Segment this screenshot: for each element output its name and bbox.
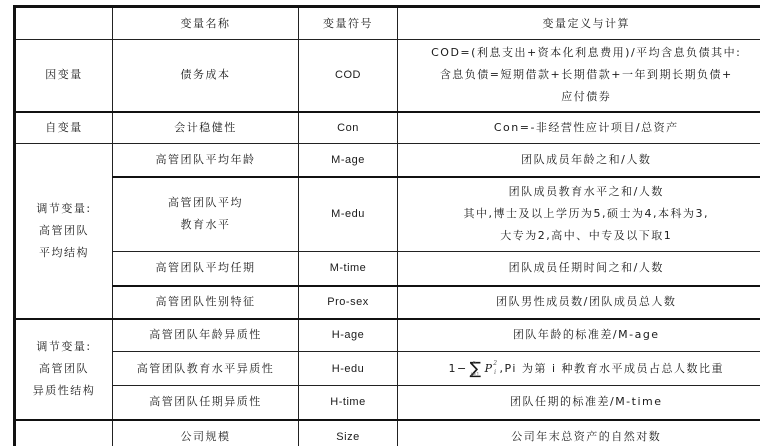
variable-symbol: Pro-sex	[299, 286, 398, 319]
variable-name: 债务成本	[113, 40, 299, 112]
table-header-row: 变量名称 变量符号 变量定义与计算	[15, 7, 760, 40]
table-row-con: 自变量 会计稳健性 Con Con=-非经营性应计项目/总资产	[15, 112, 760, 144]
header-variable-definition: 变量定义与计算	[398, 7, 760, 40]
variable-definition: 团队年龄的标准差/M-age	[398, 319, 760, 352]
category-control-variable	[15, 420, 113, 446]
category-independent-variable: 自变量	[15, 112, 113, 144]
variable-definition: 团队成员教育水平之和/人数 其中,博士及以上学历为5,硕士为4,本科为3, 大专…	[398, 177, 760, 252]
variable-name: 会计稳健性	[113, 112, 299, 144]
category-moderator-average-structure: 调节变量: 高管团队 平均结构	[15, 144, 113, 319]
variable-definition: Con=-非经营性应计项目/总资产	[398, 112, 760, 144]
definition-line: 大专为2,高中、中专及以下取1	[402, 225, 760, 247]
table-row-h-time: 高管团队任期异质性 H-time 团队任期的标准差/M-time	[15, 386, 760, 420]
variable-definition: 团队任期的标准差/M-time	[398, 386, 760, 420]
table-row-h-age: 调节变量: 高管团队 异质性结构 高管团队年龄异质性 H-age 团队年龄的标准…	[15, 319, 760, 352]
variable-definition: 团队男性成员数/团队成员总人数	[398, 286, 760, 319]
variable-symbol: M-edu	[299, 177, 398, 252]
summation-symbol: ∑ n i=1	[470, 362, 483, 376]
variable-definition-formula: 1− ∑ n i=1 P 2 i ,Pi 为第 i 种教育水平成员占总人数比重	[398, 352, 760, 386]
category-dependent-variable: 因变量	[15, 40, 113, 112]
variable-name: 高管团队任期异质性	[113, 386, 299, 420]
table-row-m-age: 调节变量: 高管团队 平均结构 高管团队平均年龄 M-age 团队成员年龄之和/…	[15, 144, 760, 177]
table-row-m-edu: 高管团队平均 教育水平 M-edu 团队成员教育水平之和/人数 其中,博士及以上…	[15, 177, 760, 252]
table-row-m-time: 高管团队平均任期 M-time 团队成员任期时间之和/人数	[15, 252, 760, 286]
category-line: 高管团队	[20, 358, 108, 380]
header-variable-symbol: 变量符号	[299, 7, 398, 40]
variable-definition-table-container: 变量名称 变量符号 变量定义与计算 因变量 债务成本 COD COD=(利息支出…	[13, 5, 760, 446]
header-variable-name: 变量名称	[113, 7, 299, 40]
variable-symbol: COD	[299, 40, 398, 112]
category-line: 调节变量:	[20, 336, 108, 358]
variable-definition-table: 变量名称 变量符号 变量定义与计算 因变量 债务成本 COD COD=(利息支出…	[13, 5, 760, 446]
variable-name: 高管团队平均 教育水平	[113, 177, 299, 252]
variable-name: 高管团队教育水平异质性	[113, 352, 299, 386]
variable-definition: COD=(利息支出+资本化利息费用)/平均含息负债其中: 含息负债=短期借款+长…	[398, 40, 760, 112]
definition-line: 团队成员教育水平之和/人数	[402, 181, 760, 203]
table-row-size: 公司规模 Size 公司年末总资产的自然对数	[15, 420, 760, 446]
formula-prefix: 1−	[448, 357, 467, 381]
herfindahl-formula: 1− ∑ n i=1 P 2 i ,Pi 为第 i 种教育水平成员占总人数比重	[448, 357, 724, 381]
variable-definition: 公司年末总资产的自然对数	[398, 420, 760, 446]
variable-symbol: M-age	[299, 144, 398, 177]
variable-symbol: H-edu	[299, 352, 398, 386]
variable-symbol: M-time	[299, 252, 398, 286]
name-line: 高管团队平均	[117, 192, 294, 214]
variable-symbol: H-age	[299, 319, 398, 352]
table-row-cod: 因变量 债务成本 COD COD=(利息支出+资本化利息费用)/平均含息负债其中…	[15, 40, 760, 112]
name-line: 教育水平	[117, 214, 294, 236]
formula-variable: P 2 i	[485, 357, 494, 381]
definition-line: 其中,博士及以上学历为5,硕士为4,本科为3,	[402, 203, 760, 225]
definition-line: 含息负债=短期借款+长期借款+一年到期长期负债+	[402, 64, 760, 86]
variable-definition: 团队成员年龄之和/人数	[398, 144, 760, 177]
category-line: 调节变量:	[20, 198, 108, 220]
table-row-pro-sex: 高管团队性别特征 Pro-sex 团队男性成员数/团队成员总人数	[15, 286, 760, 319]
variable-subscript: i	[494, 361, 497, 385]
variable-definition: 团队成员任期时间之和/人数	[398, 252, 760, 286]
category-line: 平均结构	[20, 242, 108, 264]
category-moderator-heterogeneity-structure: 调节变量: 高管团队 异质性结构	[15, 319, 113, 420]
sigma-lower-limit: i=1	[471, 368, 480, 382]
variable-name: 公司规模	[113, 420, 299, 446]
variable-name: 高管团队平均年龄	[113, 144, 299, 177]
variable-name: 高管团队年龄异质性	[113, 319, 299, 352]
variable-name: 高管团队性别特征	[113, 286, 299, 319]
category-line: 高管团队	[20, 220, 108, 242]
definition-line: COD=(利息支出+资本化利息费用)/平均含息负债其中:	[402, 42, 760, 64]
table-row-h-edu: 高管团队教育水平异质性 H-edu 1− ∑ n i=1 P 2 i	[15, 352, 760, 386]
variable-symbol: Size	[299, 420, 398, 446]
category-line: 异质性结构	[20, 380, 108, 402]
variable-symbol: Con	[299, 112, 398, 144]
variable-name: 高管团队平均任期	[113, 252, 299, 286]
header-category	[15, 7, 113, 40]
variable-symbol: H-time	[299, 386, 398, 420]
formula-suffix: ,Pi 为第 i 种教育水平成员占总人数比重	[500, 357, 725, 381]
definition-line: 应付债券	[402, 86, 760, 108]
